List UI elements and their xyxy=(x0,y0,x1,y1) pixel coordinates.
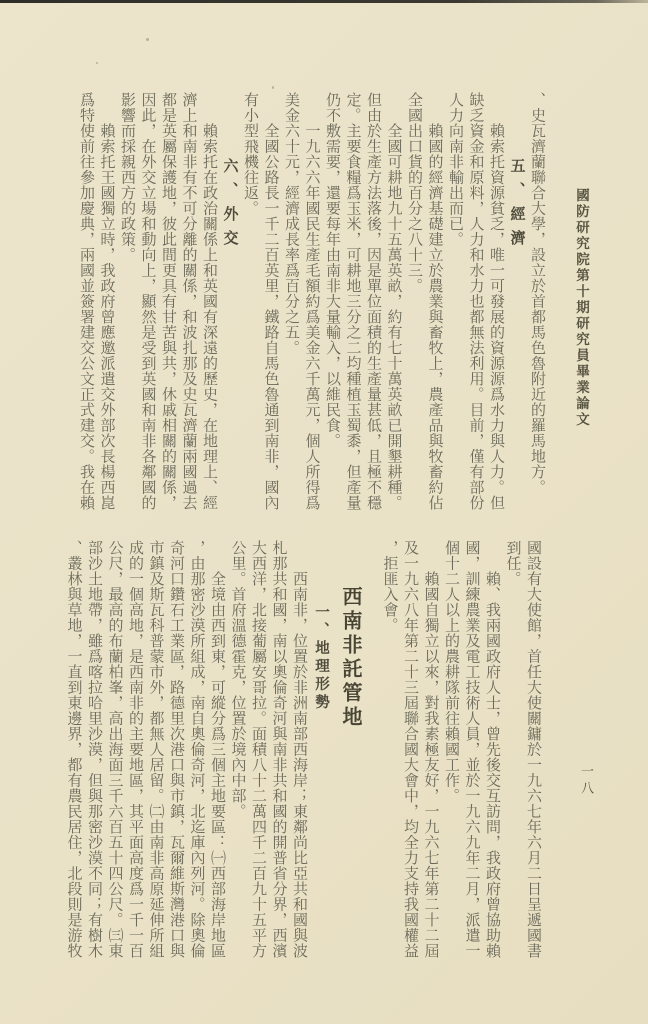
text-column: 賴索托在政治關係上和英國有深遠的歷史，在地理上、經 xyxy=(199,92,220,563)
text-column: 全國可耕地九十五萬英畝，約有七十萬英畝已開墾耕種。 xyxy=(383,92,404,563)
text-column: 美金六十元，經濟成長率爲百分之五。 xyxy=(281,92,302,532)
text-column: 因此，在外交立場和動向上，顯然是受到英國和南非各鄰國的 xyxy=(137,92,158,532)
text-column: 一九六六年國民生產毛額約爲美金六千萬元，個人所得爲 xyxy=(301,92,322,563)
text-column: 賴國的經濟基礎建立於農業與畜牧上，農產品與牧畜約佔 xyxy=(424,92,445,563)
section-heading-economy: 五、經濟 xyxy=(506,92,527,598)
text-column: 賴索托王國獨立時，我政府曾應邀派遣交外部次長楊西崑 xyxy=(96,92,117,563)
dust-speck xyxy=(96,62,98,64)
text-column: ，由那密沙漠所組成，南自奧倫奇河，北迄庫內列河。除奧倫 xyxy=(186,540,207,964)
text-column: 全國公路長一千二百英里，鐵路自馬色魯通到南非，國內 xyxy=(260,92,281,563)
text-column: 爲特使前往參加慶典，兩國並簽署建交公文正式建交。我在賴 xyxy=(76,92,97,532)
text-column: 仍不敷需要，還要每年由南非大量輸入，以維民食。 xyxy=(322,92,343,532)
page-number: 一八 xyxy=(576,764,596,798)
dust-speck xyxy=(272,86,274,89)
section-heading-foreign-affairs: 六、外交 xyxy=(219,92,240,598)
running-title: 國防研究院第十期研究員畢業論文 xyxy=(570,188,592,428)
text-column: 市鎮及斯瓦科普蒙市外，都無人居留。㈡由南非高原延伸所組 xyxy=(145,540,166,964)
text-column: 公里。首府溫德霍克，位置於境內中部。 xyxy=(227,540,248,964)
text-column: 到任。 xyxy=(502,540,523,964)
text-column: 全境由西到東，可縱分爲三個主地要區：㈠西部海岸地區 xyxy=(207,540,228,995)
text-column: 及一九六八年第二十三屆聯合國大會中，均全力支持我國權益 xyxy=(400,540,421,964)
text-column: 國，訓練農業及電工技術人員，並於一九六九年二月，派遣一 xyxy=(461,540,482,964)
upper-text-register: 、史瓦濟蘭聯合大學，設立於首都馬色魯附近的羅馬地方。 五、經濟 賴索托資源貧乏，… xyxy=(76,92,548,532)
text-column: 西南非，位置於非洲南部西海岸；東鄰尚比亞共和國與波 xyxy=(289,540,310,995)
text-column: 賴索托資源貧乏，唯一可發展的資源源爲水力與人力。但 xyxy=(486,92,507,563)
text-column: 個十二人以上的農耕隊前往賴國工作。 xyxy=(441,540,462,964)
chapter-heading-southwest-africa: 西南非託管地 xyxy=(333,540,367,964)
text-column: 定。主要食糧爲玉米，可耕地三分之二均種植玉蜀黍，但產量 xyxy=(342,92,363,532)
text-column: 成的一個高地，是西南非的主要地區，其平面高度爲一千一百 xyxy=(125,540,146,964)
text-column: 公尺，最高的布蘭柏峯，高出海面三千六百五十四公尺。㈢東 xyxy=(104,540,125,964)
text-column: 缺乏資金和原料，人力和水力也都無法利用。目前，僅有部份 xyxy=(465,92,486,532)
text-column: 、叢林與草地，一直到東邊界，都有農民居住，北段則是游牧 xyxy=(63,540,84,964)
dust-speck xyxy=(146,38,149,41)
text-column: 賴國自獨立以來，對我素極友好，一九六七年第二十二屆 xyxy=(420,540,441,995)
text-column: 影響而採親西方的政策。 xyxy=(117,92,138,532)
text-column: 國設有大使館，首任大使關鏞於一九六七年六月二日呈遞國書 xyxy=(523,540,544,964)
text-column: 濟上和南非有不可分離的關係，和波扎那及史瓦濟蘭兩國過去 xyxy=(178,92,199,532)
subsection-heading-geography: 一、地理形勢 xyxy=(309,540,333,964)
text-column: 、史瓦濟蘭聯合大學，設立於首都馬色魯附近的羅馬地方。 xyxy=(527,92,548,532)
text-column: 都是英屬保護地，彼此間更具有甘苦與共，休戚相關的關係， xyxy=(158,92,179,532)
text-column: 但由於生產方法落後，因是單位面積的生產量甚低，且極不穩 xyxy=(363,92,384,532)
text-column: 奇河口鑽石工業區，路德里次港口與市鎮，瓦爾維斯灣港口與 xyxy=(166,540,187,964)
document-page: 國防研究院第十期研究員畢業論文 一八 、史瓦濟蘭聯合大學，設立於首都馬色魯附近的… xyxy=(0,0,648,1024)
text-column: 大西洋，北接葡屬安哥拉。面積八十二萬四千二百九十五平方 xyxy=(248,540,269,964)
text-column: 全國出口貨的百分之八十三。 xyxy=(404,92,425,532)
text-column: 部沙土地帶，雖爲喀拉哈里沙漠，但與那密沙漠不同；有樹木 xyxy=(84,540,105,964)
text-column: ，拒匪入會。 xyxy=(379,540,400,964)
text-column: 有小型飛機往返。 xyxy=(240,92,261,532)
text-column: 人力向南非輸出而已。 xyxy=(445,92,466,532)
text-column: 札那共和國，南以奧倫奇河與南非共和國的開普省分界，西濱 xyxy=(268,540,289,964)
scan-edge-rule xyxy=(0,0,648,3)
text-column: 賴、我兩國政府人士，曾先後交互訪問，我政府曾協助賴 xyxy=(482,540,503,995)
lower-text-register: 國設有大使館，首任大使關鏞於一九六七年六月二日呈遞國書 到任。 賴、我兩國政府人… xyxy=(63,540,543,964)
